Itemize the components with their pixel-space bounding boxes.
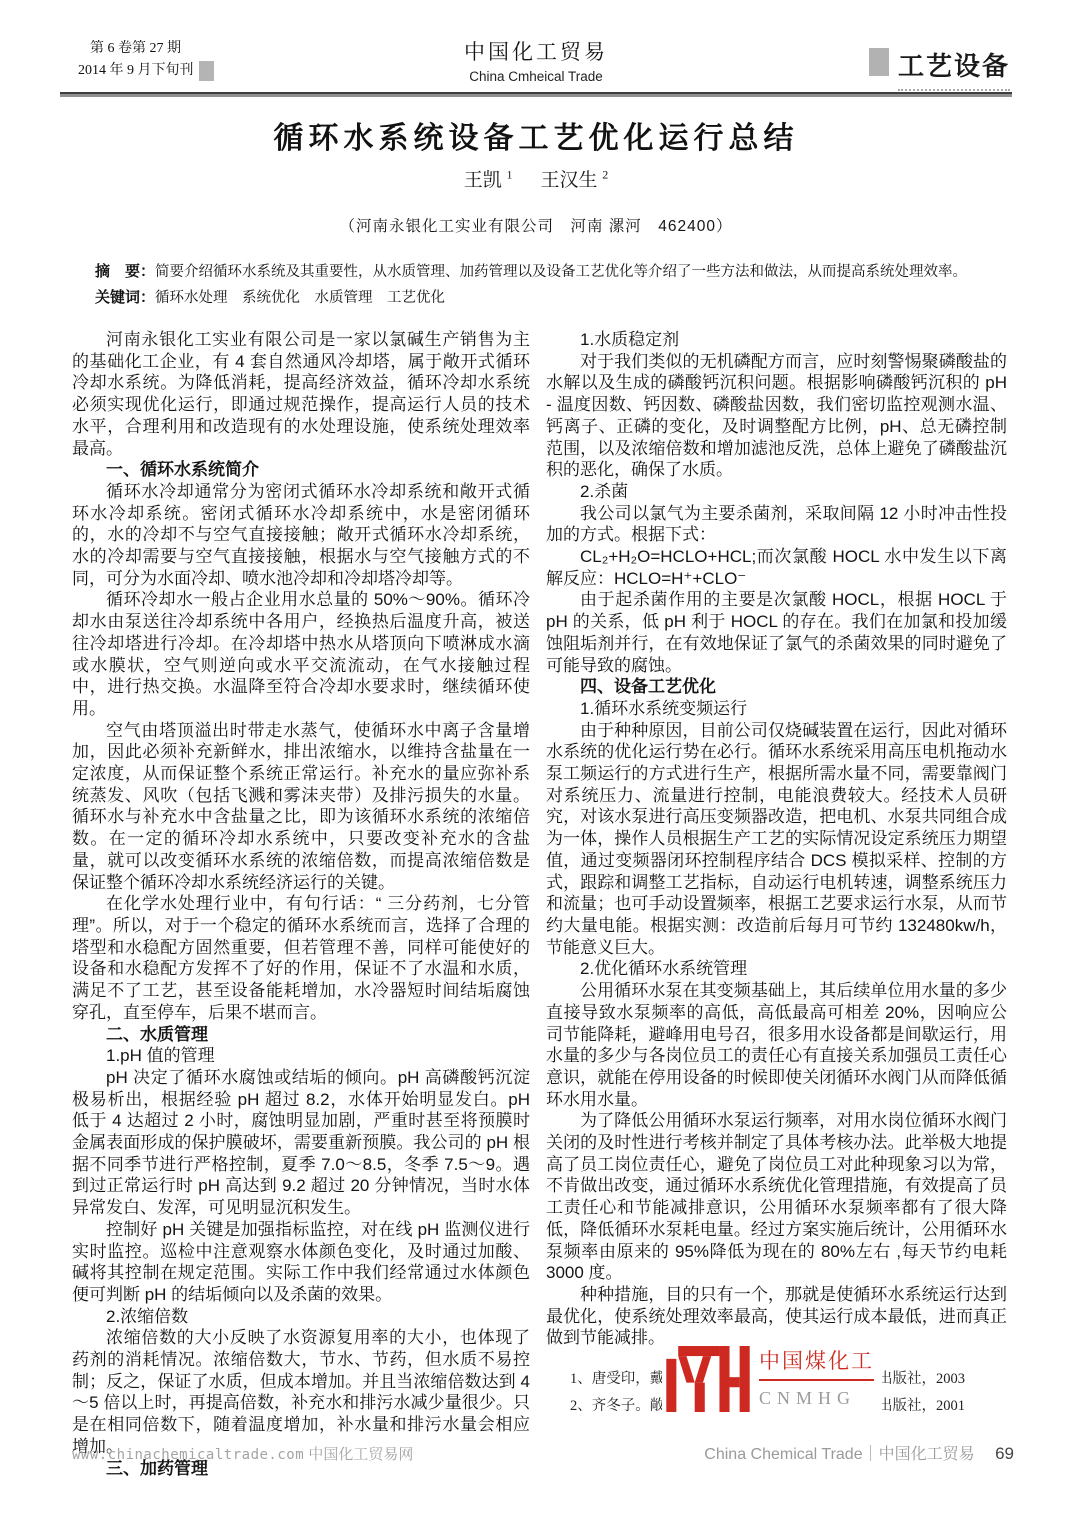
cnmhg-logo-icon [666, 1346, 750, 1412]
body-paragraph: 种种措施，目的只有一个，那就是使循环水系统运行达到最优化，使系统处理效率最高，使… [546, 1284, 1007, 1349]
section-heading: 一、循环水系统简介 [72, 459, 530, 481]
page-number: 69 [995, 1444, 1014, 1463]
abstract-block: 摘 要：简要介绍循环水系统及其重要性，从水质管理、加药管理以及设备工艺优化等介绍… [95, 259, 1010, 311]
keywords-label: 关键词： [95, 289, 155, 306]
abstract-line: 摘 要：简要介绍循环水系统及其重要性，从水质管理、加药管理以及设备工艺优化等介绍… [95, 259, 1010, 285]
body-paragraph: 为了降低公用循环水泵运行频率，对用水岗位循环水阀门关闭的及时性进行考核并制定了具… [546, 1110, 1007, 1284]
article-affiliation: （河南永银化工实业有限公司 河南 漯河 462400） [0, 214, 1072, 236]
section-heading: 1.pH 值的管理 [72, 1045, 530, 1067]
logo-text-en: CNMHG [759, 1385, 874, 1412]
author-name: 王汉生 2 [541, 170, 609, 191]
section-heading: 四、设备工艺优化 [546, 676, 1007, 698]
section-label: 工艺设备 [898, 46, 1010, 91]
body-paragraph: 河南永银化工实业有限公司是一家以氯碱生产销售为主的基础化工企业，有 4 套自然通… [72, 329, 530, 459]
footer-journal: China Chemical Trade｜中国化工贸易 69 [704, 1441, 1014, 1464]
keywords-text: 循环水处理 系统优化 水质管理 工艺优化 [155, 290, 445, 306]
body-paragraph: 循环水冷却通常分为密闭式循环水冷却系统和敞开式循环水冷却系统。密闭式循环水冷却系… [72, 481, 530, 590]
author-affil-mark: 1 [507, 168, 513, 182]
footer-url: www.chinachemicaltrade.com [72, 1447, 304, 1463]
section-heading: 1.循环水系统变频运行 [546, 698, 1007, 720]
article-authors: 王凯 1王汉生 2 [0, 165, 1072, 192]
body-paragraph: 空气由塔顶溢出时带走水蒸气，使循环水中离子含量增加，因此必须补充新鲜水，排出浓缩… [72, 720, 530, 894]
section-heading: 2.浓缩倍数 [72, 1306, 530, 1328]
abstract-label: 摘 要： [95, 263, 155, 280]
header-rule [60, 92, 1012, 97]
section-heading: 2.优化循环水系统管理 [546, 958, 1007, 980]
body-paragraph: 由于种种原因，目前公司仅烧碱装置在运行，因此对循环水系统的优化运行势在必行。循环… [546, 720, 1007, 959]
section-heading: 2.杀菌 [546, 481, 1007, 503]
body-paragraph: 控制好 pH 关键是加强指标监控，对在线 pH 监测仪进行实时监控。巡检中注意观… [72, 1219, 530, 1306]
author-affil-mark: 2 [602, 168, 608, 182]
body-paragraph: 我公司以氯气为主要杀菌剂，采取间隔 12 小时冲击性投加的方式。根据下式： [546, 503, 1007, 546]
body-paragraph: 浓缩倍数的大小反映了水资源复用率的大小，也体现了药剂的消耗情况。浓缩倍数大，节水… [72, 1327, 530, 1457]
section-heading: 二、水质管理 [72, 1024, 530, 1046]
journal-page: 第 6 卷第 27 期 2014 年 9 月下旬刊 中国化工贸易 China C… [0, 0, 1072, 1516]
article-title: 循环水系统设备工艺优化运行总结 [0, 113, 1072, 157]
footer-site-name: 中国化工贸易网 [308, 1446, 413, 1463]
body-paragraph: CL₂+H₂O=HCLO+HCL;而次氯酸 HOCL 水中发生以下离解反应：HC… [546, 546, 1007, 589]
body-paragraph: 公用循环水泵在其变频基础上，其后续单位用水量的多少直接导致水泵频率的高低，高低最… [546, 980, 1007, 1110]
body-paragraph: 由于起杀菌作用的主要是次氯酸 HOCL，根据 HOCL 于 pH 的关系，低 p… [546, 589, 1007, 676]
page-footer: www.chinachemicaltrade.com 中国化工贸易网 China… [72, 1441, 1014, 1464]
logo-text-block: 中国煤化工CNMHG [759, 1348, 874, 1412]
footer-website: www.chinachemicaltrade.com 中国化工贸易网 [72, 1443, 413, 1464]
body-paragraph: 对于我们类似的无机磷配方而言，应时刻警惕聚磷酸盐的水解以及生成的磷酸钙沉积问题。… [546, 351, 1007, 481]
abstract-text: 简要介绍循环水系统及其重要性，从水质管理、加药管理以及设备工艺优化等介绍了一些方… [155, 264, 967, 280]
section-marker-box-icon [869, 48, 889, 76]
body-paragraph: pH 决定了循环水腐蚀或结垢的倾向。pH 高磷酸钙沉淀极易析出，根据经验 pH … [72, 1067, 530, 1219]
keywords-line: 关键词：循环水处理 系统优化 水质管理 工艺优化 [95, 285, 1010, 311]
footer-journal-cn: 中国化工贸易 [879, 1446, 975, 1463]
body-paragraph: 在化学水处理行业中，有句行话：“ 三分药剂，七分管理”。所以，对于一个稳定的循环… [72, 893, 530, 1023]
footer-journal-en: China Chemical Trade [704, 1446, 862, 1463]
section-header: 工艺设备 [869, 46, 1010, 91]
right-column: 1.水质稳定剂对于我们类似的无机磷配方而言，应时刻警惕聚磷酸盐的水解以及生成的磷… [546, 329, 1007, 1420]
coal-chem-watermark-logo: 中国煤化工CNMHG [662, 1344, 882, 1414]
logo-text-cn: 中国煤化工 [759, 1348, 874, 1381]
left-column: 河南永银化工实业有限公司是一家以氯碱生产销售为主的基础化工企业，有 4 套自然通… [72, 329, 530, 1479]
footer-separator: ｜ [863, 1446, 879, 1463]
section-heading: 1.水质稳定剂 [546, 329, 1007, 351]
references-block: 1、唐受印，戴友业出版社，20032、齐冬子。敞开工业出版社，2001中国煤化工… [546, 1366, 1007, 1420]
author-name: 王凯 1 [464, 170, 513, 191]
body-paragraph: 循环冷却水一般占企业用水总量的 50%～90%。循环冷却水由泵送往冷却系统中各用… [72, 589, 530, 719]
